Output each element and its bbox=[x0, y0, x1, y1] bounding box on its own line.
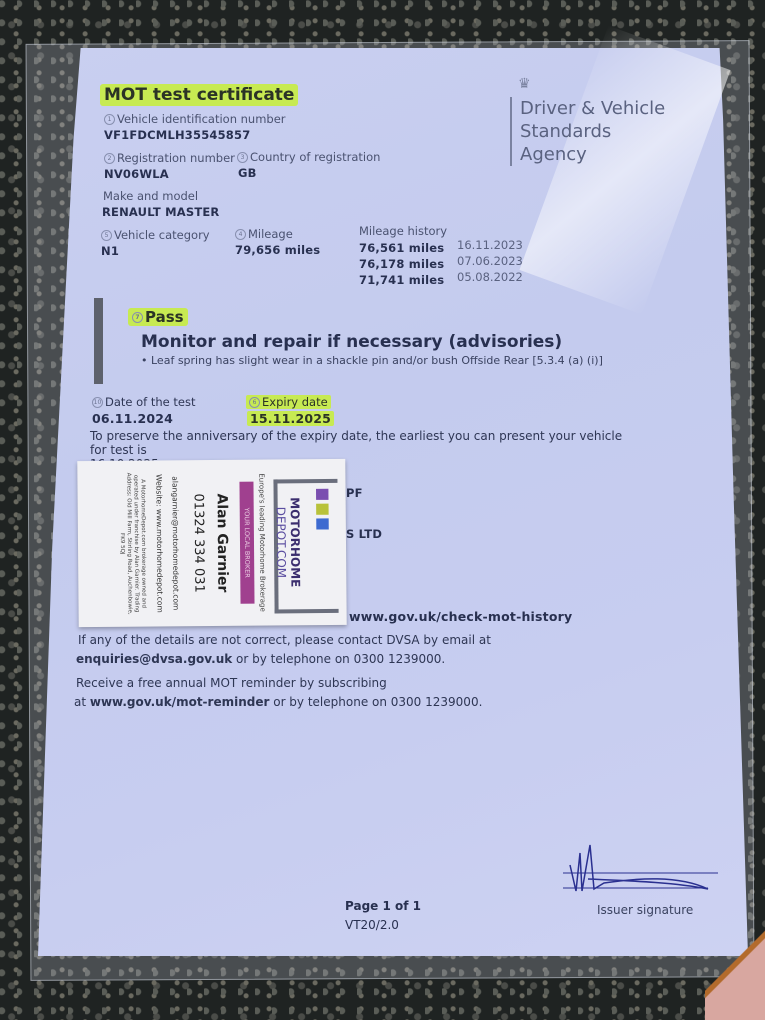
advisory-item: • Leaf spring has slight wear in a shack… bbox=[141, 354, 603, 367]
history-miles-3: 71,741 miles bbox=[359, 273, 444, 287]
card-fine-print: A MotorhomeDepot.com brokerage owned and… bbox=[117, 471, 146, 617]
mileage-label: 4Mileage bbox=[235, 227, 293, 241]
test-result-badge: 7Pass bbox=[128, 308, 188, 326]
registration-value: NV06WLA bbox=[104, 167, 169, 181]
contact-email-link[interactable]: enquiries@dvsa.gov.uk bbox=[76, 652, 232, 666]
issuer-signature-label: Issuer signature bbox=[597, 903, 693, 917]
history-miles-1: 76,561 miles bbox=[359, 241, 444, 255]
field-number-icon: 6 bbox=[249, 397, 260, 408]
card-website: Website: www.motorhomedepot.com bbox=[154, 460, 164, 626]
advisories-heading: Monitor and repair if necessary (advisor… bbox=[141, 332, 562, 352]
agency-line-1: Driver & Vehicle bbox=[520, 97, 665, 120]
field-number-icon: 10 bbox=[92, 397, 103, 408]
check-mot-history-link[interactable]: www.gov.uk/check-mot-history bbox=[349, 609, 572, 624]
country-value: GB bbox=[238, 166, 257, 180]
brand-line-2: DEPOT.COM bbox=[273, 477, 288, 607]
brand-line-1: MOTORHOME bbox=[287, 477, 302, 607]
country-label: 3Country of registration bbox=[237, 150, 380, 164]
mileage-value: 79,656 miles bbox=[235, 243, 320, 257]
motorhome-vans-icon: ▆▆▆ bbox=[316, 489, 332, 533]
test-date-label: 10Date of the test bbox=[92, 395, 196, 409]
card-email: alangarnier@motorhomedepot.com bbox=[170, 460, 180, 626]
business-card: ▆▆▆ MOTORHOME DEPOT.COM Europe's leading… bbox=[77, 459, 346, 627]
history-date-1: 16.11.2023 bbox=[457, 238, 523, 252]
vin-label: 1Vehicle identification number bbox=[104, 112, 286, 126]
royal-crest-icon: ♛ bbox=[518, 76, 531, 92]
page-number: Page 1 of 1 bbox=[345, 899, 421, 913]
card-name: Alan Garnier bbox=[213, 460, 230, 626]
card-phone: 01324 334 031 bbox=[190, 460, 206, 626]
mileage-history-label: Mileage history bbox=[359, 224, 447, 238]
category-label: 5Vehicle category bbox=[101, 228, 210, 242]
dvsa-logo: Driver & Vehicle Standards Agency bbox=[510, 97, 665, 166]
partial-test-organisation: S LTD bbox=[346, 527, 382, 541]
agency-line-2: Standards bbox=[520, 120, 665, 143]
local-broker-badge: YOUR LOCAL BROKER bbox=[239, 482, 254, 604]
field-number-icon: 2 bbox=[104, 153, 115, 164]
field-number-icon: 1 bbox=[104, 114, 115, 125]
agency-line-3: Agency bbox=[520, 143, 665, 166]
contact-line: If any of the details are not correct, p… bbox=[78, 633, 491, 647]
field-number-icon: 5 bbox=[101, 230, 112, 241]
field-number-icon: 4 bbox=[235, 229, 246, 240]
reminder-line: Receive a free annual MOT reminder by su… bbox=[76, 676, 387, 690]
vin-value: VF1FDCMLH35545857 bbox=[104, 128, 250, 142]
category-value: N1 bbox=[101, 244, 119, 258]
history-date-2: 07.06.2023 bbox=[457, 254, 523, 268]
field-number-icon: 3 bbox=[237, 152, 248, 163]
card-tagline: Europe's leading Motorhome Brokerage bbox=[257, 466, 266, 620]
registration-label: 2Registration number bbox=[104, 151, 235, 165]
history-date-3: 05.08.2022 bbox=[457, 270, 523, 284]
contact-details: enquiries@dvsa.gov.uk or by telephone on… bbox=[76, 652, 445, 666]
expiry-date-value: 15.11.2025 bbox=[247, 411, 334, 426]
expiry-date-label: 6Expiry date bbox=[246, 395, 331, 409]
history-miles-2: 76,178 miles bbox=[359, 257, 444, 271]
field-number-icon: 7 bbox=[132, 312, 143, 323]
result-bar bbox=[94, 298, 103, 384]
partial-field-code: PF bbox=[346, 486, 363, 500]
issuer-signature bbox=[558, 843, 718, 898]
form-code: VT20/2.0 bbox=[345, 918, 399, 932]
make-model-value: RENAULT MASTER bbox=[102, 205, 219, 219]
test-date-value: 06.11.2024 bbox=[92, 411, 173, 426]
make-model-label: Make and model bbox=[103, 189, 198, 203]
wooden-edge bbox=[705, 930, 765, 1020]
mot-reminder-link[interactable]: www.gov.uk/mot-reminder bbox=[90, 695, 270, 709]
reminder-details: at www.gov.uk/mot-reminder or by telepho… bbox=[74, 695, 482, 709]
certificate-title: MOT test certificate bbox=[100, 84, 298, 106]
